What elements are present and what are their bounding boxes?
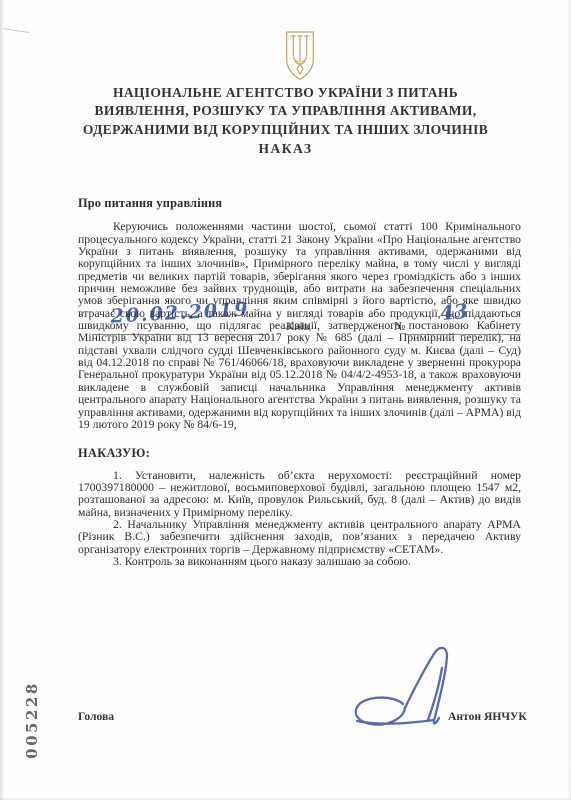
order-item-1: 1. Установити, належність об’єкта нерухо… (78, 470, 521, 519)
agency-name: НАЦІОНАЛЬНЕ АГЕНТСТВО УКРАЇНИ З ПИТАНЬ В… (0, 84, 571, 139)
order-heading: НАКАЗУЮ: (78, 447, 521, 459)
document-page: НАЦІОНАЛЬНЕ АГЕНТСТВО УКРАЇНИ З ПИТАНЬ В… (0, 0, 571, 800)
document-body: Про питання управління Керуючись положен… (78, 197, 521, 568)
agency-name-line-1: НАЦІОНАЛЬНЕ АГЕНТСТВО УКРАЇНИ З ПИТАНЬ (0, 84, 571, 102)
agency-name-line-3: ОДЕРЖАНИМИ ВІД КОРУПЦІЙНИХ ТА ІНШИХ ЗЛОЧ… (0, 121, 571, 139)
agency-name-line-2: ВИЯВЛЕННЯ, РОЗШУКУ ТА УПРАВЛІННЯ АКТИВАМ… (0, 102, 571, 120)
preamble-paragraph: Керуючись положеннями частини шостої, сь… (78, 221, 521, 431)
registration-stamp-number: 005228 (6, 672, 58, 768)
scan-corner-artifact (3, 28, 29, 33)
dateline: 20.02.2019 Київ № 43 (0, 150, 571, 190)
signer-position-title: Голова (78, 710, 114, 723)
order-item-2: 2. Начальнику Управління менеджменту акт… (78, 519, 521, 556)
order-item-3: 3. Контроль за виконанням цього наказу з… (78, 556, 521, 568)
ukraine-trident-emblem-icon (279, 30, 321, 82)
signer-name: Антон ЯНЧУК (448, 710, 527, 723)
subject-line: Про питання управління (78, 197, 521, 209)
stamp-number-text: 005228 (23, 681, 41, 759)
